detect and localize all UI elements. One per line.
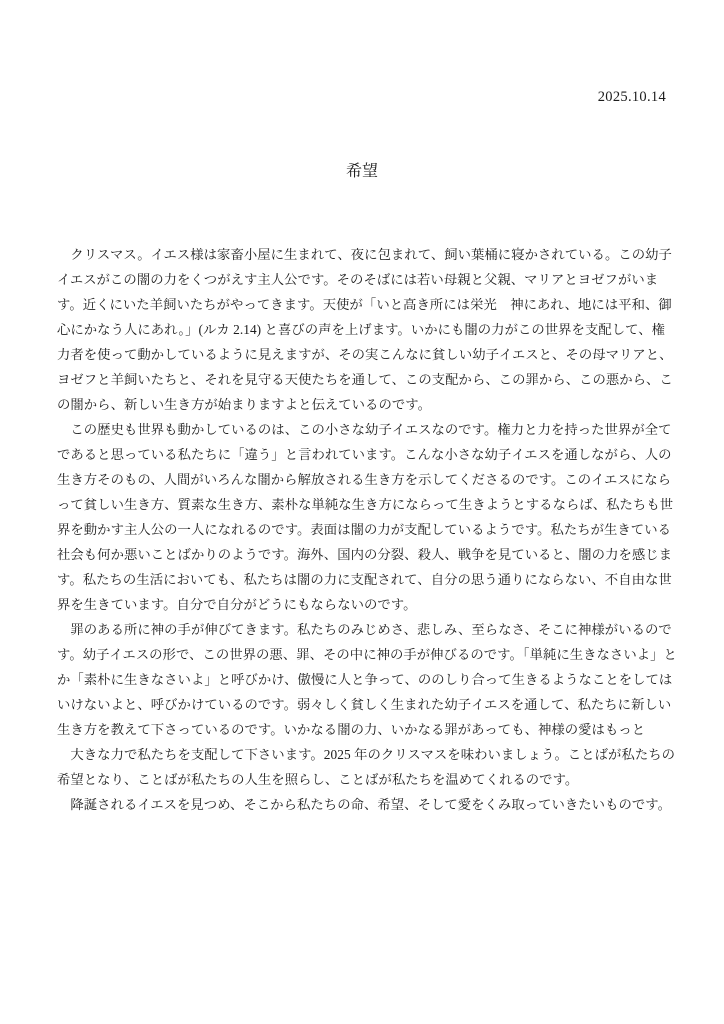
text-line: す。幼子イエスの形で、この世界の悪、罪、その中に神の手が伸びるのです。「単純に生… <box>57 642 671 667</box>
text-line: クリスマス。イエス様は家畜小屋に生まれて、夜に包まれて、飼い葉桶に寝かされている… <box>57 242 671 267</box>
text-line: ヨゼフと羊飼いたちと、それを見守る天使たちを通して、この支配から、この罪から、こ… <box>57 367 671 392</box>
text-line: か「素朴に生きなさいよ」と呼びかけ、傲慢に人と争って、ののしり合って生きるような… <box>57 667 671 692</box>
page-title: 希望 <box>0 162 724 182</box>
text-line: であると思っている私たちに「違う」と言われています。こんな小さな幼子イエスを通し… <box>57 442 671 467</box>
text-line: 生き方を教えて下さっているのです。いかなる闇の力、いかなる罪があっても、神様の愛… <box>57 717 671 742</box>
text-line: す。私たちの生活においても、私たちは闇の力に支配されて、自分の思う通りにならない… <box>57 567 671 592</box>
text-line: 罪のある所に神の手が伸びてきます。私たちのみじめさ、悲しみ、至らなさ、そこに神様… <box>57 617 671 642</box>
text-line: って貧しい生き方、質素な生き方、素朴な単純な生き方にならって生きようとするならば… <box>57 492 671 517</box>
document-body: クリスマス。イエス様は家畜小屋に生まれて、夜に包まれて、飼い葉桶に寝かされている… <box>57 242 671 817</box>
text-line: イエスがこの闇の力をくつがえす主人公です。そのそばには若い母親と父親、マリアとヨ… <box>57 267 671 292</box>
text-line: す。近くにいた羊飼いたちがやってきます。天使が「いと高き所には栄光 神にあれ、地… <box>57 292 671 317</box>
text-line: 力者を使って動かしているように見えますが、その実こんなに貧しい幼子イエスと、その… <box>57 342 671 367</box>
text-line: 希望となり、ことばが私たちの人生を照らし、ことばが私たちを温めてくれるのです。 <box>57 767 671 792</box>
text-line: 大きな力で私たちを支配して下さいます。2025 年のクリスマスを味わいましょう。… <box>57 742 671 767</box>
text-line: 界を動かす主人公の一人になれるのです。表面は闇の力が支配しているようです。私たち… <box>57 517 671 542</box>
text-line: の闇から、新しい生き方が始まりますよと伝えているのです。 <box>57 392 671 417</box>
text-line: 生き方そのもの、人間がいろんな闇から解放される生き方を示してくださるのです。この… <box>57 467 671 492</box>
document-date: 2025.10.14 <box>598 89 666 106</box>
paragraph: クリスマス。イエス様は家畜小屋に生まれて、夜に包まれて、飼い葉桶に寝かされている… <box>57 242 671 417</box>
document-page: 2025.10.14 希望 クリスマス。イエス様は家畜小屋に生まれて、夜に包まれ… <box>0 0 724 1024</box>
text-line: この歴史も世界も動かしているのは、この小さな幼子イエスなのです。権力と力を持った… <box>57 417 671 442</box>
text-line: 心にかなう人にあれ。」(ルカ 2.14) と喜びの声を上げます。いかにも闇の力が… <box>57 317 671 342</box>
paragraph: 降誕されるイエスを見つめ、そこから私たちの命、希望、そして愛をくみ取っていきたい… <box>57 792 671 817</box>
paragraph: 罪のある所に神の手が伸びてきます。私たちのみじめさ、悲しみ、至らなさ、そこに神様… <box>57 617 671 792</box>
text-line: いけないよと、呼びかけているのです。弱々しく貧しく生まれた幼子イエスを通して、私… <box>57 692 671 717</box>
text-line: 界を生きています。自分で自分がどうにもならないのです。 <box>57 592 671 617</box>
text-line: 降誕されるイエスを見つめ、そこから私たちの命、希望、そして愛をくみ取っていきたい… <box>57 792 671 817</box>
paragraph: この歴史も世界も動かしているのは、この小さな幼子イエスなのです。権力と力を持った… <box>57 417 671 617</box>
text-line: 社会も何か悪いことばかりのようです。海外、国内の分裂、殺人、戦争を見ていると、闇… <box>57 542 671 567</box>
